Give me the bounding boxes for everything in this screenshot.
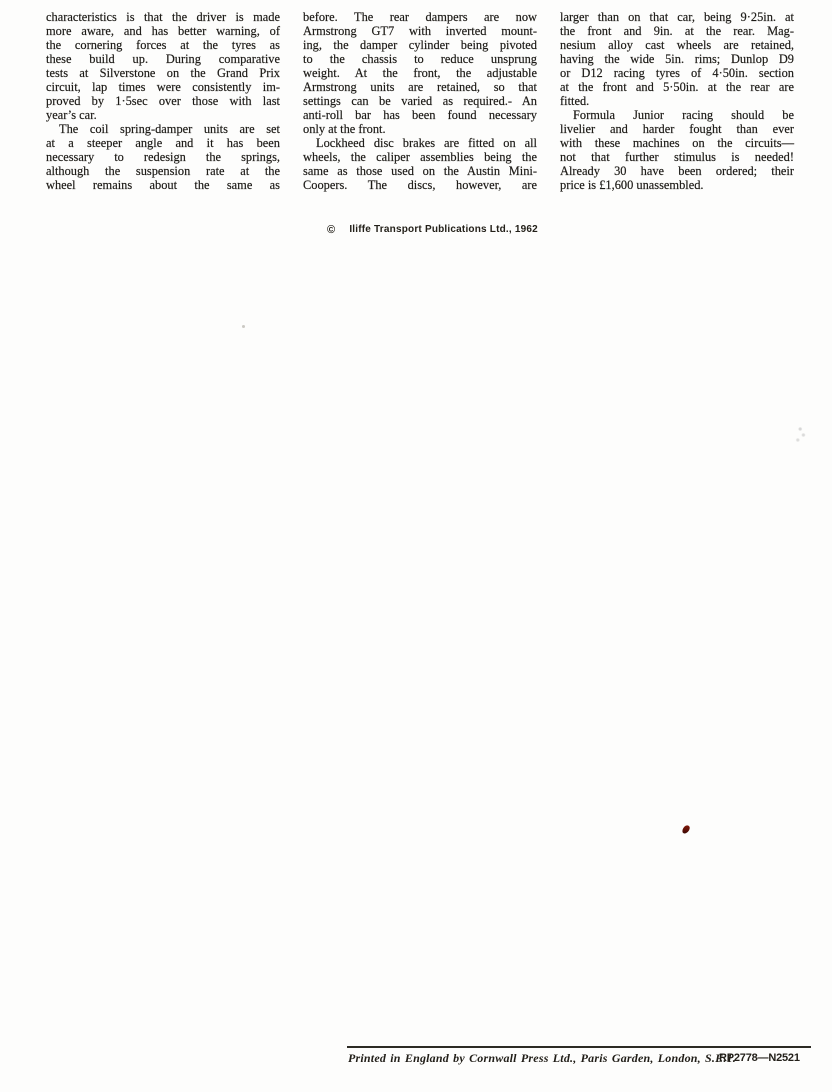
footer-rule <box>347 1046 811 1048</box>
text-line: having the wide 5in. rims; Dunlop D9 <box>560 52 794 66</box>
text-line: Coopers. The discs, however, are <box>303 178 537 192</box>
text-line: weight. At the front, the adjustable <box>303 66 537 80</box>
text-line: characteristics is that the driver is ma… <box>46 10 280 24</box>
text-line: Already 30 have been ordered; their <box>560 164 794 178</box>
text-line: anti-roll bar has been found necessary <box>303 108 537 122</box>
text-line: nesium alloy cast wheels are retained, <box>560 38 794 52</box>
text-line: with these machines on the circuits— <box>560 136 794 150</box>
text-line: fitted. <box>560 94 794 108</box>
text-line: price is £1,600 unassembled. <box>560 178 794 192</box>
text-line: these build up. During comparative <box>46 52 280 66</box>
text-line: the cornering forces at the tyres as <box>46 38 280 52</box>
text-line: although the suspension rate at the <box>46 164 280 178</box>
text-column-2: before. The rear dampers are nowArmstron… <box>303 10 537 192</box>
text-line: Lockheed disc brakes are fitted on all <box>303 136 537 150</box>
copyright-line: © Iliffe Transport Publications Ltd., 19… <box>327 223 538 235</box>
text-line: at the front and 5·50in. at the rear are <box>560 80 794 94</box>
text-line: proved by 1·5sec over those with last <box>46 94 280 108</box>
copyright-text: Iliffe Transport Publications Ltd., 1962 <box>349 224 538 235</box>
text-line: The coil spring-damper units are set <box>46 122 280 136</box>
text-line: livelier and harder fought than ever <box>560 122 794 136</box>
text-line: circuit, lap times were consistently im- <box>46 80 280 94</box>
printer-imprint-line: Printed in England by Cornwall Press Ltd… <box>348 1051 736 1066</box>
text-line: or D12 racing tyres of 4·50in. section <box>560 66 794 80</box>
text-line: larger than on that car, being 9·25in. a… <box>560 10 794 24</box>
text-line: not that further stimulus is needed! <box>560 150 794 164</box>
print-job-code: RP2778—N2521 <box>719 1052 800 1064</box>
text-line: only at the front. <box>303 122 537 136</box>
text-line: wheels, the caliper assemblies being the <box>303 150 537 164</box>
text-line: same as those used on the Austin Mini- <box>303 164 537 178</box>
text-line: at a steeper angle and it has been <box>46 136 280 150</box>
text-line: Formula Junior racing should be <box>560 108 794 122</box>
text-line: tests at Silverstone on the Grand Prix <box>46 66 280 80</box>
text-line: ing, the damper cylinder being pivoted <box>303 38 537 52</box>
text-line: Armstrong GT7 with inverted mount- <box>303 24 537 38</box>
text-line: before. The rear dampers are now <box>303 10 537 24</box>
text-line: Armstrong units are retained, so that <box>303 80 537 94</box>
text-line: the front and 9in. at the rear. Mag- <box>560 24 794 38</box>
article-text-columns: characteristics is that the driver is ma… <box>46 10 794 192</box>
text-line: necessary to redesign the springs, <box>46 150 280 164</box>
text-line: settings can be varied as required.- An <box>303 94 537 108</box>
text-line: year’s car. <box>46 108 280 122</box>
text-column-3: larger than on that car, being 9·25in. a… <box>560 10 794 192</box>
text-line: more aware, and has better warning, of <box>46 24 280 38</box>
text-line: wheel remains about the same as <box>46 178 280 192</box>
scan-smudge-artifact <box>793 424 809 444</box>
scan-dot-artifact <box>242 325 245 328</box>
text-column-1: characteristics is that the driver is ma… <box>46 10 280 192</box>
red-ink-speck <box>681 824 691 835</box>
copyright-icon: © <box>327 224 335 236</box>
text-line: to the chassis to reduce unsprung <box>303 52 537 66</box>
